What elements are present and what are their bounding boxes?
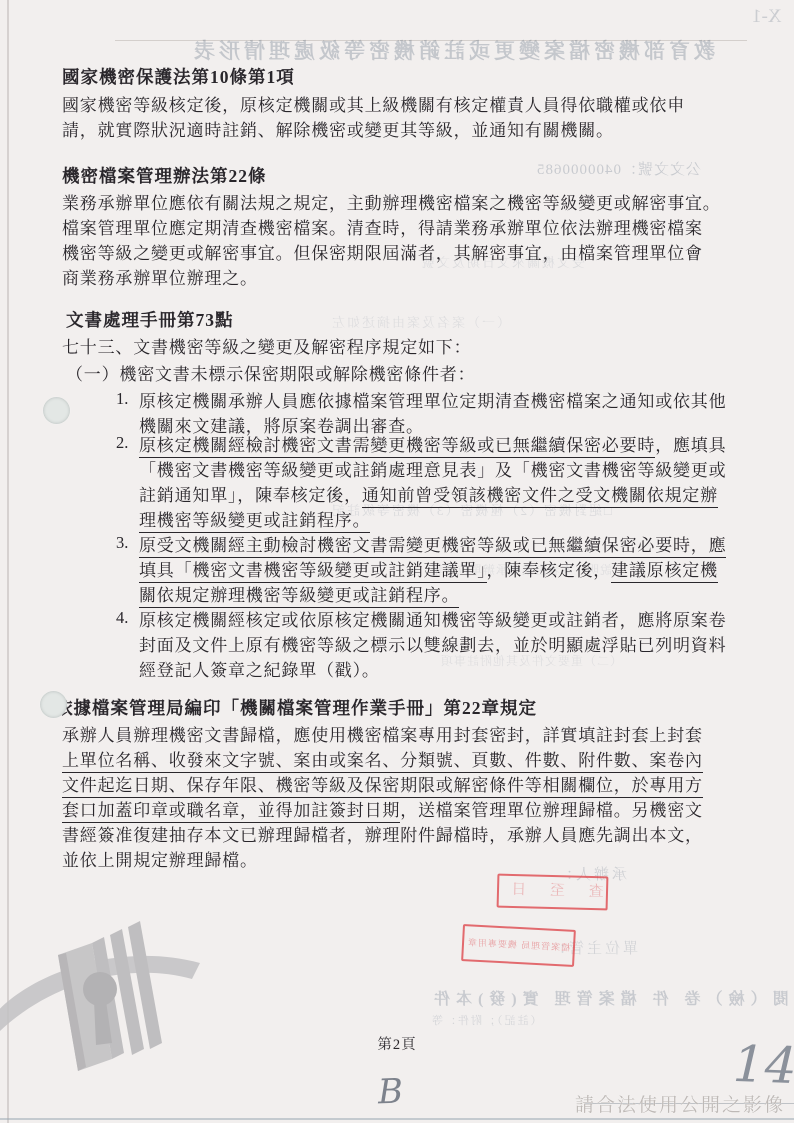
numbered-item: 3.原受文機關經主動檢討機密文書需變更機密等級或已無繼續保密必要時，應填具「機密… — [116, 533, 726, 608]
item-number: 2. — [116, 433, 128, 453]
text-line: 關依規定辦理機密等級變更或註銷程序。 — [139, 583, 726, 608]
text-segment: 承辦人員辦理機密文書歸檔，應使用機密檔案專用封套密封，詳實填註封套上封套 — [62, 726, 703, 745]
paragraph: 承辦人員辦理機密文書歸檔，應使用機密檔案專用封套密封，詳實填註封套上封套上單位名… — [62, 723, 703, 873]
bleedthrough-table-border — [115, 40, 747, 41]
text-line: 國家機密等級核定後，原核定機關或其上級機關有核定權責人員得依職權或依申 — [62, 93, 685, 118]
paragraph: （一）機密文書未標示保密期限或解除機密條件者： — [66, 362, 475, 387]
hole-punch — [43, 397, 70, 424]
text-line: 機密等級之變更或解密事宜。但保密期限屆滿者，其解密事宜，由檔案管理單位會 — [62, 241, 721, 266]
text-line: 封面及文件上原有機密等級之標示以雙線劃去，並於明顯處浮貼已列明資料 — [139, 633, 726, 658]
text-segment: 「機密文書機密等級變更或註銷處理意見表」及「機密文書機密等級變更或 — [139, 461, 726, 480]
underlined-text-segment: 理機密等級變更或註銷程序。 — [139, 511, 370, 533]
text-line: 理機密等級變更或註銷程序。 — [139, 508, 726, 533]
archives-logo-watermark — [0, 903, 215, 1081]
numbered-item: 4.原核定機關經核定或依原核定機關通知機密等級變更或註銷者，應將原案卷封面及文件… — [116, 608, 726, 683]
paragraph: 國家機密等級核定後，原核定機關或其上級機關有核定權責人員得依職權或依申請，就實際… — [62, 93, 685, 143]
bleedthrough-text: （一）案名及案由摘述如左 — [330, 312, 510, 331]
text-line: 業務承辦單位應依有關法規之規定，主動辦理機密檔案之機密等級變更或解密事宜。 — [62, 191, 721, 216]
paragraph: 業務承辦單位應依有關法規之規定，主動辦理機密檔案之機密等級變更或解密事宜。檔案管… — [62, 191, 721, 291]
text-segment: ，送檔案管理單位辦理歸檔。另機密文 — [400, 801, 703, 820]
bleedthrough-text: 公文文號：0400000685 — [536, 158, 701, 179]
text-line: 經登記人簽章之紀錄單（戳）。 — [139, 658, 726, 683]
numbered-item: 1.原核定機關承辦人員應依據檔案管理單位定期清查機密檔案之通知或依其他機關來文建… — [116, 389, 726, 439]
text-segment: 請，就實際狀況適時註銷、解除機密或變更其等級，並通知有關機關。 — [62, 121, 614, 140]
text-segment: 業務承辦單位應依有關法規之規定，主動辦理機密檔案之機密等級變更或解密事宜。 — [62, 194, 721, 213]
hole-punch — [40, 691, 67, 718]
section-heading: 國家機密保護法第10條第1項 — [62, 64, 295, 89]
text-line: 套口加蓋印章或職名章，並得加註簽封日期，送檔案管理單位辦理歸檔。另機密文 — [62, 798, 703, 823]
text-segment: 原核定機關承辦人員應依據檔案管理單位定期清查機密檔案之通知或依其他 — [139, 392, 726, 411]
text-line: 原受文機關經主動檢討機密文書需變更機密等級或已無繼續保密必要時，應 — [139, 533, 726, 558]
text-segment: 並依上開規定辦理歸檔。 — [62, 851, 258, 870]
item-number: 4. — [116, 608, 128, 628]
bleedthrough-text: 調閱（檢）卷 件 檔案管理 實(發)本件 — [428, 986, 794, 1009]
underlined-text-segment: 套口加蓋印章或職名章，並得加註簽封日期 — [62, 801, 400, 823]
text-segment: ，應填具 — [655, 436, 726, 455]
handwritten-mark-14: 14 — [732, 1035, 794, 1095]
text-segment: 國家機密等級核定後，原核定機關或其上級機關有核定權責人員得依職權或依申 — [62, 96, 685, 115]
text-line: 七十三、文書機密等級之變更及解密程序規定如下： — [62, 335, 471, 360]
text-segment: 註銷通知單」，陳奉核定後， — [139, 486, 362, 505]
text-segment: ，陳奉核定後， — [487, 561, 612, 580]
underlined-text-segment: 上單位名稱、收發來文字號、案由或案名、分類號、頁數、件數、附件數、案卷內 — [62, 751, 703, 773]
underlined-text-segment: 通知前曾受領該機密文件之受文機關依規定辦 — [362, 486, 718, 508]
item-number: 1. — [116, 389, 128, 409]
text-segment: 原核定機關經核定或依原核定機關通知機密等級變更或註銷者，應將原案卷 — [139, 611, 726, 630]
text-segment: 七十三、文書機密等級之變更及解密程序規定如下： — [62, 338, 471, 357]
underlined-text-segment: 文件起迄日期、保存年限、機密等級及保密期限或解密條件等相關欄位，於專用方 — [62, 776, 703, 798]
page-number: 第2頁 — [0, 1033, 794, 1054]
underlined-text-segment: 填具「機密文書機密等級變更或註銷建議單」 — [139, 561, 487, 583]
section-heading: 依據檔案管理局編印「機關檔案管理作業手冊」第22章規定 — [55, 695, 537, 720]
text-line: 原核定機關經檢討機密文書需變更機密等級或已無繼續保密必要時，應填具 — [139, 433, 726, 458]
text-line: 書經簽准復建抽存本文已辦理歸檔者，辦理附件歸檔時，承辦人員應先調出本文， — [62, 823, 703, 848]
bleedthrough-text: X-1 — [752, 6, 782, 28]
text-segment: 經登記人簽章之紀錄單（戳）。 — [139, 661, 380, 680]
underlined-text-segment: 關依規定辦理機密等級變更或註銷程序。 — [139, 586, 459, 608]
section-heading: 文書處理手冊第73點 — [66, 307, 234, 332]
copyright-watermark: 請合法使用公開之影像 — [575, 1090, 794, 1117]
text-line: 承辦人員辦理機密文書歸檔，應使用機密檔案專用封套密封，詳實填註封套上封套 — [62, 723, 703, 748]
text-line: 檔案管理單位應定期清查機密檔案。清查時，得請業務承辦單位依法辦理機密檔案 — [62, 216, 721, 241]
stamp-text: 檔案管理局 機要專用章 — [467, 938, 571, 953]
underlined-text-segment: 原核定機關經檢討機密文書需變更機密等級或已無繼續保密必要時 — [139, 436, 655, 458]
text-segment: 商業務承辦單位辦理之。 — [62, 269, 258, 288]
section-heading: 機密檔案管理辦法第22條 — [62, 163, 267, 188]
text-line: 「機密文書機密等級變更或註銷處理意見表」及「機密文書機密等級變更或 — [139, 458, 726, 483]
scanned-document-page: 教育部機密檔案變更或註銷機密等級處理情形表X-1公文文號：0400000685受… — [0, 0, 794, 1123]
text-line: 商業務承辦單位辦理之。 — [62, 266, 721, 291]
text-line: 註銷通知單」，陳奉核定後，通知前曾受領該機密文件之受文機關依規定辦 — [139, 483, 726, 508]
bleedthrough-text: （註記）；附件：等 — [430, 1012, 542, 1028]
text-line: 填具「機密文書機密等級變更或註銷建議單」，陳奉核定後，建議原核定機 — [139, 558, 726, 583]
paragraph: 七十三、文書機密等級之變更及解密程序規定如下： — [62, 335, 471, 360]
text-segment: 檔案管理單位應定期清查機密檔案。清查時，得請業務承辦單位依法辦理機密檔案 — [62, 219, 703, 238]
scan-bottom-edge — [0, 1118, 794, 1120]
text-line: 原核定機關經核定或依原核定機關通知機密等級變更或註銷者，應將原案卷 — [139, 608, 726, 633]
stamp-text: 查 至 日 — [501, 883, 604, 901]
text-line: 上單位名稱、收發來文字號、案由或案名、分類號、頁數、件數、附件數、案卷內 — [62, 748, 703, 773]
text-segment: 機密等級之變更或解密事宜。但保密期限屆滿者，其解密事宜，由檔案管理單位會 — [62, 244, 703, 263]
handwritten-mark-b: B — [377, 1072, 403, 1113]
item-number: 3. — [116, 533, 128, 553]
numbered-item: 2.原核定機關經檢討機密文書需變更機密等級或已無繼續保密必要時，應填具「機密文書… — [116, 433, 726, 533]
text-line: 請，就實際狀況適時註銷、解除機密或變更其等級，並通知有關機關。 — [62, 118, 685, 143]
text-line: 文件起迄日期、保存年限、機密等級及保密期限或解密條件等相關欄位，於專用方 — [62, 773, 703, 798]
underlined-text-segment: 原受文機關經主動檢討機密文書需變更機密等級或已無繼續保密必要時，應 — [139, 536, 726, 558]
text-line: 原核定機關承辦人員應依據檔案管理單位定期清查機密檔案之通知或依其他 — [139, 389, 726, 414]
text-segment: 書經簽准復建抽存本文已辦理歸檔者，辦理附件歸檔時，承辦人員應先調出本文， — [62, 826, 703, 845]
text-segment: （一）機密文書未標示保密期限或解除機密條件者： — [66, 365, 475, 384]
text-line: （一）機密文書未標示保密期限或解除機密條件者： — [66, 362, 475, 387]
red-stamp: 檔案管理局 機要專用章 — [461, 924, 576, 967]
text-segment: 封面及文件上原有機密等級之標示以雙線劃去，並於明顯處浮貼已列明資料 — [139, 636, 726, 655]
red-stamp: 查 至 日 — [497, 874, 609, 911]
text-line: 並依上開規定辦理歸檔。 — [62, 848, 703, 873]
underlined-text-segment: 建議原核定機 — [611, 561, 718, 583]
